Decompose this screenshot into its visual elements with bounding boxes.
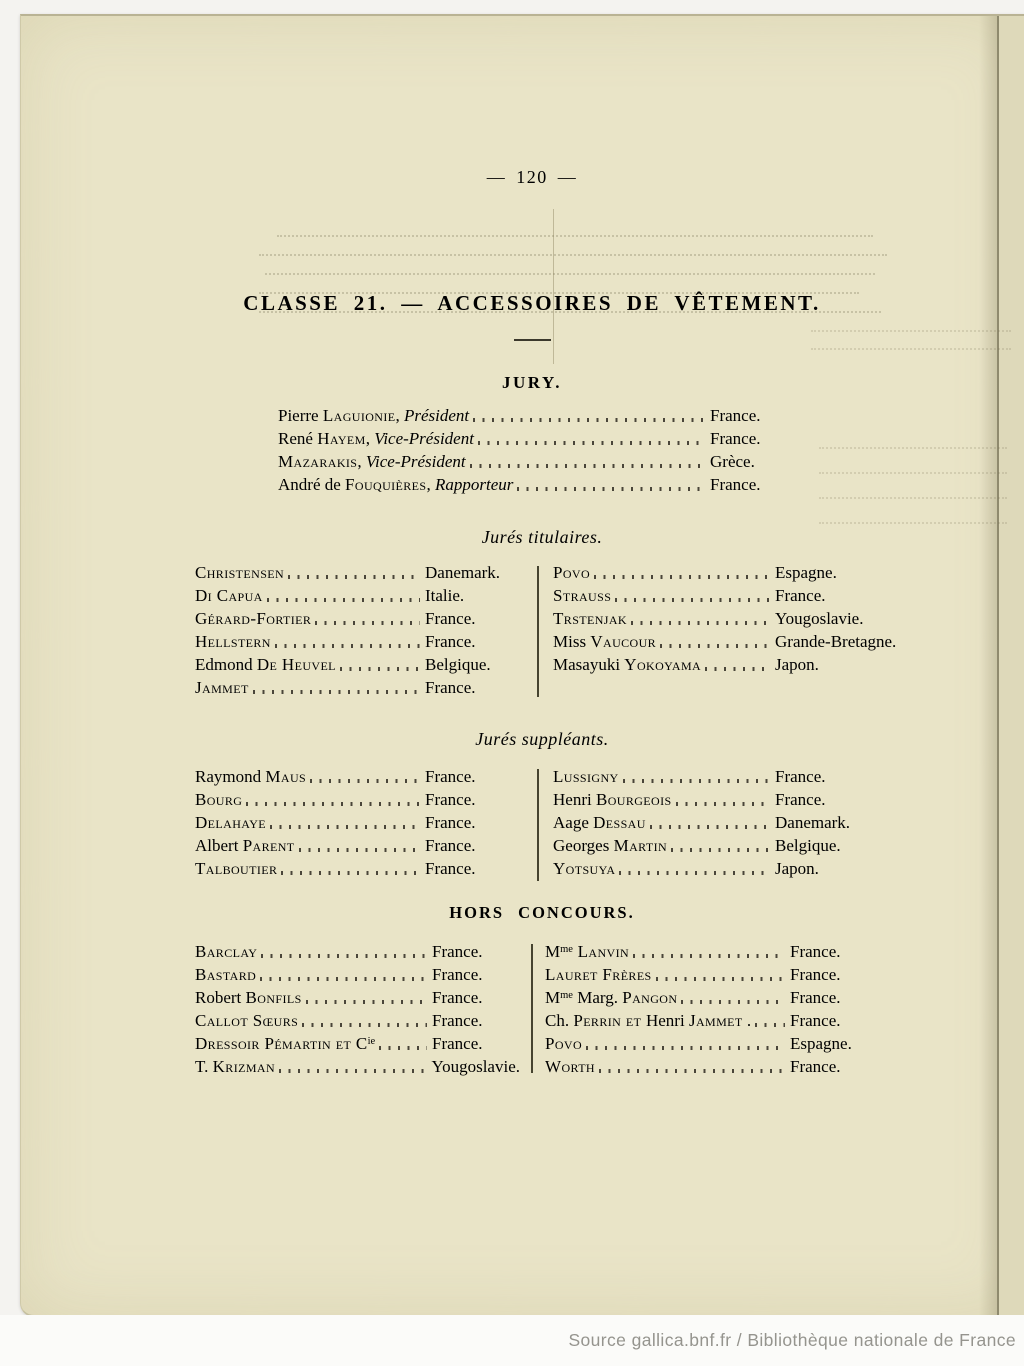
name-part: Georges [553,836,614,855]
dot-leader [302,1023,427,1027]
member-role: Vice-Président [374,428,474,450]
member-role: Président [404,405,469,427]
name-part: Edmond [195,655,257,674]
member-country: France. [790,941,905,963]
dot-leader [594,575,770,579]
dot-leader [275,644,420,648]
name-part: Parent [243,836,295,855]
bleedthrough-line [265,256,875,275]
member-name: Yotsuya [553,858,615,880]
member-name: Raymond Maus [195,766,306,788]
dot-leader [246,802,420,806]
name-part: Barclay [195,942,257,961]
dot-leader [267,598,420,602]
dot-leader [650,825,770,829]
name-part: Raymond [195,767,265,786]
dot-leader [299,848,420,852]
name-part: Martin [614,836,667,855]
dot-leader [253,690,420,694]
member-name: Talboutier [195,858,277,880]
dot-leader [671,848,770,852]
member-row: Worth France. [545,1055,905,1078]
member-country: France. [425,608,512,630]
jury-member-row: Pierre Laguionie, Président France. [278,404,790,427]
member-country: France. [775,789,905,811]
dot-leader [631,621,770,625]
name-part: Gérard-Fortier [195,609,311,628]
page-title: CLASSE 21. — ACCESSOIRES DE VÊTEMENT. [132,291,932,316]
member-row: Di Capua Italie. [195,584,512,607]
member-name: Lauret Frères [545,964,652,986]
dot-leader [473,418,705,422]
member-row: Povo Espagne. [545,1032,905,1055]
name-part: Marg. [573,988,622,1007]
member-country: France. [790,1056,905,1078]
member-row: Christensen Danemark. [195,561,512,584]
member-country: France. [425,835,512,857]
dot-leader [517,487,705,491]
page-bleedthrough-right [819,424,1007,524]
member-name: Bourg [195,789,242,811]
member-row: Strauss France. [553,584,905,607]
name-part: Yotsuya [553,859,615,878]
name-part: Lanvin [573,942,629,961]
page-number: — 120 — [132,167,932,188]
member-name: Ch. Perrin et Henri Jammet . [545,1010,751,1032]
bleedthrough-line [819,449,1007,474]
section-heading-titulaires: Jurés titulaires. [242,527,842,548]
member-country: France. [790,964,905,986]
name-part: Miss [553,632,590,651]
member-country: France. [432,941,520,963]
name-part: Christensen [195,563,284,582]
member-country: France. [775,585,905,607]
member-name: Masayuki Yokoyama [553,654,701,676]
member-name: Trstenjak [553,608,627,630]
member-country: Belgique. [425,654,512,676]
hors-concours-left-column: Barclay France. Bastard France. Robert B… [195,940,520,1078]
name-part: Delahaye [195,813,266,832]
member-row: Trstenjak Yougoslavie. [553,607,905,630]
name-part: Hellstern [195,632,271,651]
member-country: Espagne. [790,1033,905,1055]
dot-leader [478,441,705,445]
bleedthrough-line [819,474,1007,499]
name-part: Dessau [593,813,646,832]
role-separator: , [395,405,404,427]
title-divider [514,339,551,341]
member-country: France. [425,631,512,653]
name-part: Lussigny [553,767,619,786]
member-name: Dressoir Pémartin et Cie [195,1033,375,1055]
dot-leader [586,1046,785,1050]
name-part: Perrin et [573,1011,646,1030]
member-name: Mme Lanvin [545,941,629,963]
member-country: France. [425,789,512,811]
jury-member-row: André de Fouquières, Rapporteur France. [278,473,790,496]
member-name: Delahaye [195,812,266,834]
dot-leader [599,1069,785,1073]
member-name: Povo [545,1033,582,1055]
dot-leader [619,871,770,875]
name-part: M [545,988,560,1007]
member-name: Pierre Laguionie [278,405,395,427]
name-part: Bastard [195,965,256,984]
member-country: France. [710,428,790,450]
name-part: Albert [195,836,243,855]
name-part: M [545,942,560,961]
member-name: Strauss [553,585,611,607]
name-part: Worth [545,1057,595,1076]
member-name: Callot Sœurs [195,1010,298,1032]
role-separator: , [366,428,375,450]
dot-leader [279,1069,426,1073]
dot-leader [656,977,785,981]
member-name: T. Krizman [195,1056,275,1078]
dot-leader [261,954,427,958]
name-part: me [560,944,573,955]
name-part: Laguionie [323,406,396,425]
member-country: France. [710,474,790,496]
section-heading-hors-concours: HORS CONCOURS. [242,903,842,923]
name-part: René [278,429,317,448]
name-part: Strauss [553,586,611,605]
book-gutter-edge [997,16,1024,1315]
member-name: Miss Vaucour [553,631,656,653]
name-part: André de [278,475,345,494]
member-country: France. [790,987,905,1009]
name-part: Callot Sœurs [195,1011,298,1030]
titulaires-right-column: Povo Espagne. Strauss France. Trstenjak … [553,561,905,676]
dot-leader [623,779,770,783]
name-part: Povo [545,1034,582,1053]
name-part: Mazarakis [278,452,357,471]
member-country: Grèce. [710,451,790,473]
member-row: Lussigny France. [553,765,905,788]
member-name: Mme Marg. Pangon [545,987,677,1009]
member-row: Delahaye France. [195,811,512,834]
name-part: Bourgeois [596,790,672,809]
member-row: Edmond De Heuvel Belgique. [195,653,512,676]
page-crease [553,209,554,364]
scan-viewport: — 120 — CLASSE 21. — ACCESSOIRES DE VÊTE… [0,0,1024,1366]
dot-leader [340,667,420,671]
page-bleedthrough-title-right [811,314,1011,350]
member-name: Hellstern [195,631,271,653]
member-name: Albert Parent [195,835,295,857]
member-row: Masayuki Yokoyama Japon. [553,653,905,676]
member-country: Japon. [775,858,905,880]
role-separator: , [426,474,435,496]
name-part: Krizman [213,1057,275,1076]
name-part: me [560,990,573,1001]
name-part: T. [195,1057,213,1076]
bleedthrough-line [819,424,1007,449]
member-country: Yougoslavie. [432,1056,520,1078]
member-country: Belgique. [775,835,905,857]
dot-leader [470,464,705,468]
name-part: Robert [195,988,246,1007]
member-country: France. [432,1010,520,1032]
member-row: Yotsuya Japon. [553,857,905,880]
name-part: Povo [553,563,590,582]
name-part: Henri [646,1011,689,1030]
member-name: André de Fouquières [278,474,426,496]
dot-leader [270,825,420,829]
member-row: Georges Martin Belgique. [553,834,905,857]
jury-table: Pierre Laguionie, Président France. René… [278,404,790,496]
dot-leader [379,1046,427,1050]
member-name: Henri Bourgeois [553,789,672,811]
jury-member-row: Mazarakis, Vice-Président Grèce. [278,450,790,473]
name-part: Fouquières [345,475,426,494]
member-name: Povo [553,562,590,584]
dot-leader [633,954,785,958]
name-part: Maus [265,767,306,786]
member-name: Jammet [195,677,249,699]
jury-heading: JURY. [132,373,932,393]
name-part: Jammet [195,678,249,697]
name-part: Henri [553,790,596,809]
member-name: Edmond De Heuvel [195,654,336,676]
member-country: Yougoslavie. [775,608,905,630]
column-divider [537,566,539,697]
member-country: France. [432,987,520,1009]
name-part: Aage [553,813,593,832]
member-name: Gérard-Fortier [195,608,311,630]
member-row: Lauret Frères France. [545,963,905,986]
name-part: Trstenjak [553,609,627,628]
dot-leader [705,667,770,671]
member-row: T. Krizman Yougoslavie. [195,1055,520,1078]
bleedthrough-line [811,332,1011,350]
member-country: France. [425,677,512,699]
name-part: Pierre [278,406,323,425]
column-divider [537,769,539,881]
member-row: Povo Espagne. [553,561,905,584]
member-name: René Hayem [278,428,366,450]
member-role: Rapporteur [435,474,513,496]
member-country: Danemark. [775,812,905,834]
dot-leader [676,802,770,806]
dot-leader [615,598,770,602]
column-divider [531,944,533,1073]
member-country: France. [790,1010,905,1032]
name-part: Dressoir Pémartin et C [195,1034,368,1053]
member-name: Di Capua [195,585,263,607]
suppleants-left-column: Raymond Maus France. Bourg France. Delah… [195,765,512,880]
member-row: Henri Bourgeois France. [553,788,905,811]
member-name: Christensen [195,562,284,584]
member-country: Japon. [775,654,905,676]
bleedthrough-line [819,499,1007,524]
member-row: Hellstern France. [195,630,512,653]
name-part: Hayem [317,429,366,448]
member-name: Barclay [195,941,257,963]
member-name: Lussigny [553,766,619,788]
member-name: Robert Bonfils [195,987,302,1009]
member-country: Espagne. [775,562,905,584]
name-part: Pangon [622,988,677,1007]
titulaires-left-column: Christensen Danemark. Di Capua Italie. G… [195,561,512,699]
jury-member-row: René Hayem, Vice-Président France. [278,427,790,450]
dot-leader [681,1000,785,1004]
dot-leader [281,871,420,875]
member-country: France. [425,858,512,880]
member-row: Talboutier France. [195,857,512,880]
dot-leader [310,779,420,783]
source-text: Source gallica.bnf.fr / Bibliothèque nat… [568,1330,1016,1351]
dot-leader [315,621,420,625]
name-part: De Heuvel [257,655,336,674]
member-name: Bastard [195,964,256,986]
dot-leader [755,1023,785,1027]
member-row: Gérard-Fortier France. [195,607,512,630]
name-part: . [743,1011,752,1030]
gutter-shadow [979,16,999,1315]
member-row: Miss Vaucour Grande-Bretagne. [553,630,905,653]
bleedthrough-line [259,237,887,256]
name-part: Lauret Frères [545,965,652,984]
source-bar: Source gallica.bnf.fr / Bibliothèque nat… [0,1315,1024,1366]
member-row: Mme Marg. Pangon France. [545,986,905,1009]
member-country: Grande-Bretagne. [775,631,905,653]
member-role: Vice-Président [366,451,466,473]
member-name: Georges Martin [553,835,667,857]
name-part: Vaucour [590,632,656,651]
name-part: Bourg [195,790,242,809]
dot-leader [306,1000,427,1004]
member-row: Barclay France. [195,940,520,963]
bleedthrough-line [811,314,1011,332]
member-country: France. [432,964,520,986]
member-row: Raymond Maus France. [195,765,512,788]
name-part: Yokoyama [624,655,701,674]
dot-leader [288,575,420,579]
member-country: Italie. [425,585,512,607]
member-country: France. [432,1033,520,1055]
name-part: Ch. [545,1011,573,1030]
member-row: Mme Lanvin France. [545,940,905,963]
member-row: Callot Sœurs France. [195,1009,520,1032]
name-part: Masayuki [553,655,624,674]
member-name: Worth [545,1056,595,1078]
member-row: Bastard France. [195,963,520,986]
member-row: Bourg France. [195,788,512,811]
section-heading-suppleants: Jurés suppléants. [242,729,842,750]
member-country: France. [775,766,905,788]
member-name: Aage Dessau [553,812,646,834]
member-country: France. [425,766,512,788]
member-row: Robert Bonfils France. [195,986,520,1009]
role-separator: , [357,451,366,473]
member-row: Aage Dessau Danemark. [553,811,905,834]
member-name: Mazarakis [278,451,357,473]
member-country: Danemark. [425,562,512,584]
member-row: Jammet France. [195,676,512,699]
member-country: France. [425,812,512,834]
name-part: Bonfils [246,988,302,1007]
name-part: Talboutier [195,859,277,878]
bleedthrough-line [277,218,873,237]
name-part: ie [368,1036,376,1047]
name-part: Jammet [689,1011,743,1030]
name-part: Di Capua [195,586,263,605]
member-row: Ch. Perrin et Henri Jammet . France. [545,1009,905,1032]
hors-concours-right-column: Mme Lanvin France. Lauret Frères France.… [545,940,905,1078]
dot-leader [660,644,770,648]
member-country: France. [710,405,790,427]
member-row: Dressoir Pémartin et Cie France. [195,1032,520,1055]
member-row: Albert Parent France. [195,834,512,857]
suppleants-right-column: Lussigny France. Henri Bourgeois France.… [553,765,905,880]
dot-leader [260,977,427,981]
